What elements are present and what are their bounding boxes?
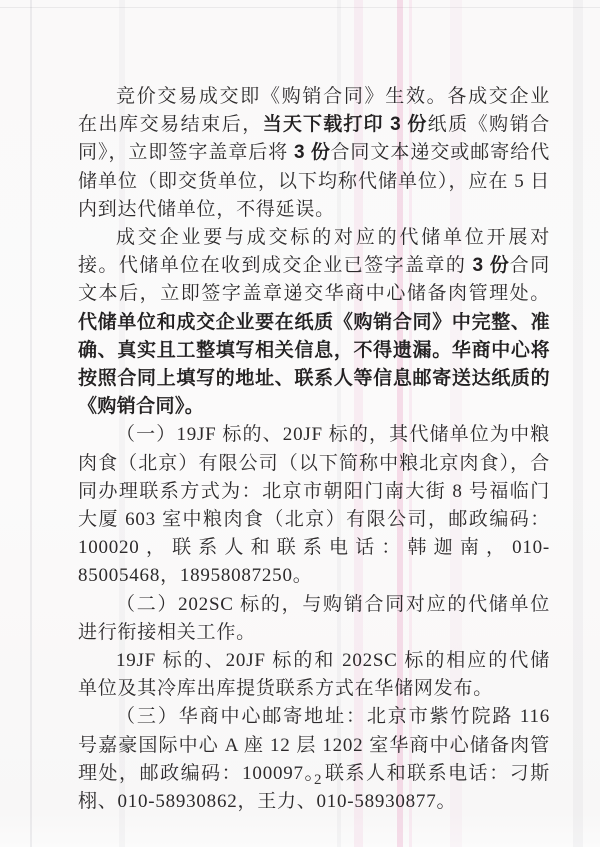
document-body: 竞价交易成交即《购销合同》生效。各成交企业在出库交易结束后，当天下载打印 3 份… bbox=[78, 83, 550, 816]
scanned-document-page: 竞价交易成交即《购销合同》生效。各成交企业在出库交易结束后，当天下载打印 3 份… bbox=[0, 0, 600, 847]
text-run: （二）202SC 标的，与购销合同对应的代储单位进行衔接相关工作。 bbox=[78, 594, 550, 643]
text-run-bold: 3 份 bbox=[472, 255, 509, 276]
paragraph: （二）202SC 标的，与购销合同对应的代储单位进行衔接相关工作。 bbox=[78, 591, 550, 647]
paragraph: 竞价交易成交即《购销合同》生效。各成交企业在出库交易结束后，当天下载打印 3 份… bbox=[78, 83, 550, 224]
paragraph: 成交企业要与成交标的对应的代储单位开展对接。代储单位在收到成交企业已签字盖章的 … bbox=[78, 224, 550, 421]
paragraph: （三）华商中心邮寄地址：北京市紫竹院路 116 号嘉豪国际中心 A 座 12 层… bbox=[78, 703, 550, 816]
text-run: 19JF 标的、20JF 标的和 202SC 标的相应的代储单位及其冷库出库提货… bbox=[78, 650, 550, 699]
scan-edge-line bbox=[0, 7, 600, 8]
text-run-bold: 代储单位和成交企业要在纸质《购销合同》中完整、准确、真实且工整填写相关信息，不得… bbox=[78, 312, 550, 418]
text-run: （三）华商中心邮寄地址：北京市紫竹院路 116 号嘉豪国际中心 A 座 12 层… bbox=[78, 706, 550, 812]
text-run: （一）19JF 标的、20JF 标的，其代储单位为中粮肉食（北京）有限公司（以下… bbox=[78, 424, 550, 586]
text-run-bold: 3 份 bbox=[294, 142, 330, 163]
paragraph: （一）19JF 标的、20JF 标的，其代储单位为中粮肉食（北京）有限公司（以下… bbox=[78, 421, 550, 590]
scan-streak-gray bbox=[30, 0, 32, 847]
paragraph: 19JF 标的、20JF 标的和 202SC 标的相应的代储单位及其冷库出库提货… bbox=[78, 647, 550, 703]
text-run-bold: 当天下载打印 3 份 bbox=[263, 114, 428, 135]
scan-streak-gray bbox=[573, 0, 583, 847]
page-number: 2 bbox=[314, 772, 322, 789]
